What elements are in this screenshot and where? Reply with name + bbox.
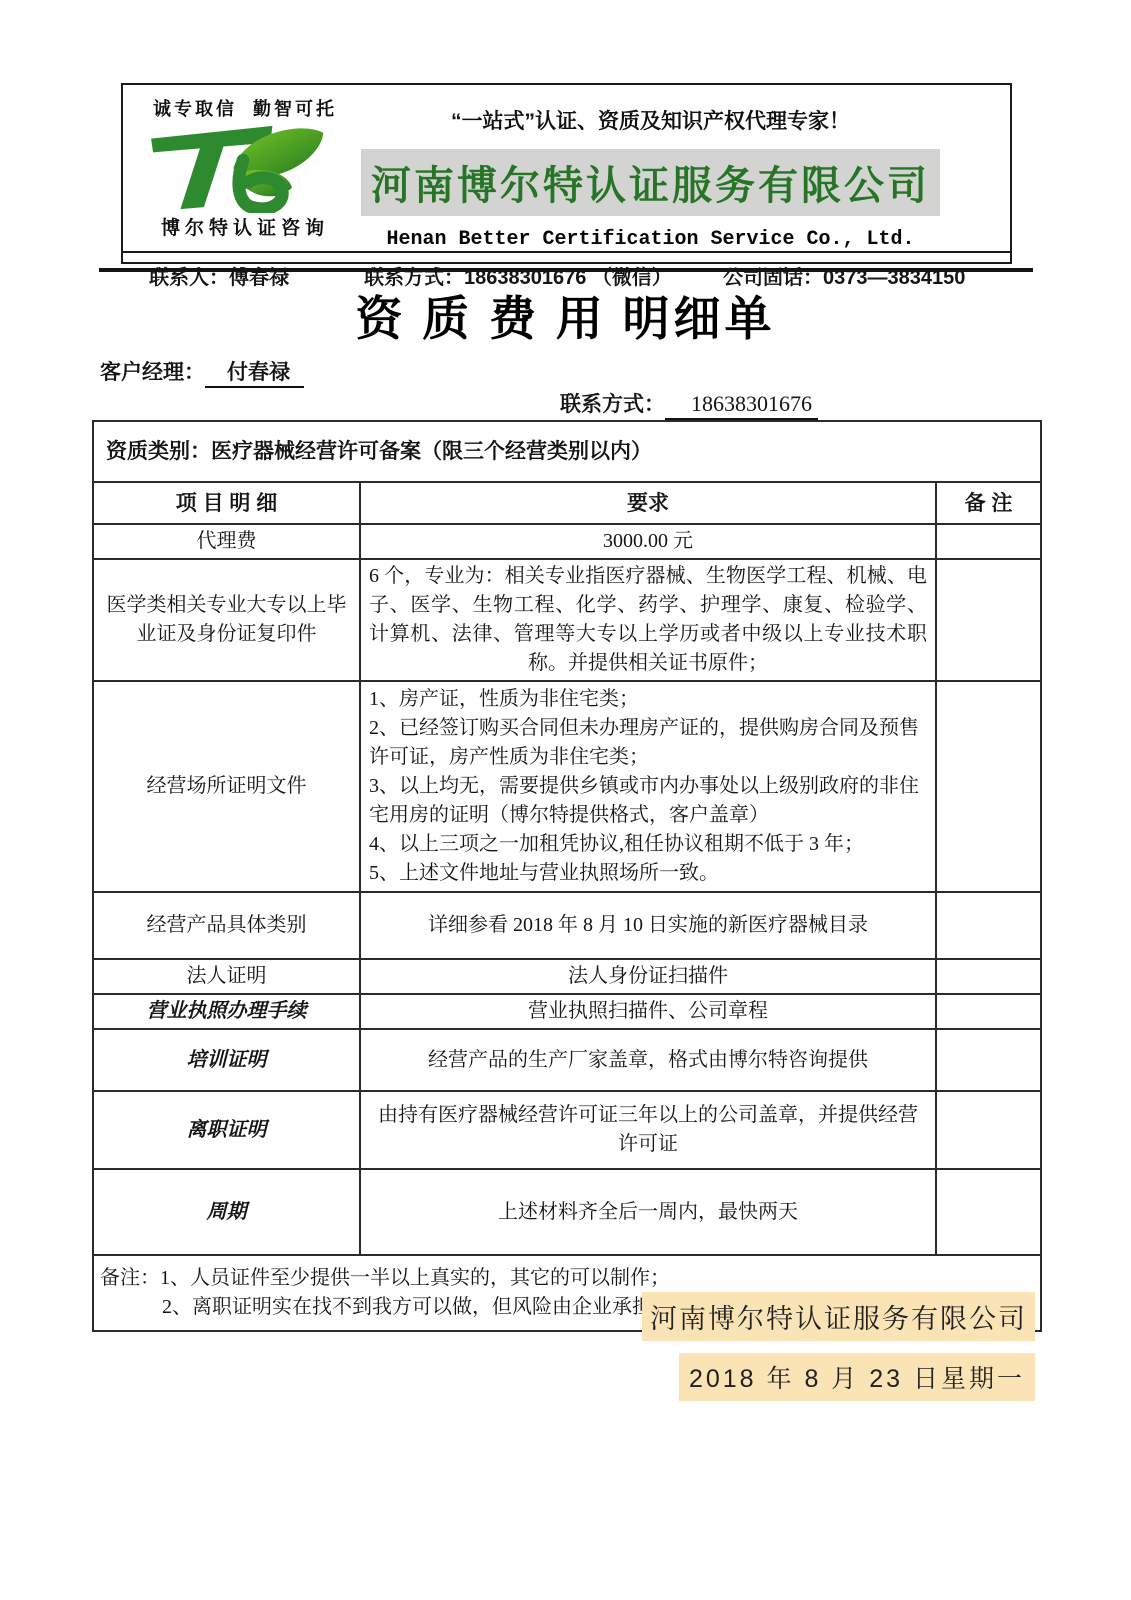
table-row-product-category: 经营产品具体类别 详细参看 2018 年 8 月 10 日实施的新医疗器械目录 [93, 892, 1041, 959]
note-cell [936, 559, 1041, 681]
manager-label: 客户经理： [100, 361, 205, 384]
item-cell: 离职证明 [93, 1091, 360, 1169]
letterhead: 诚专取信 勤智可托 博尔特认证咨询 “一站式”认证、资质及知识产权代理专家！ 河… [121, 83, 1012, 264]
column-header-note: 备 注 [936, 482, 1041, 524]
company-name-cn: 河南博尔特认证服务有限公司 [361, 149, 940, 216]
letterhead-right: “一站式”认证、资质及知识产权代理专家！ 河南博尔特认证服务有限公司 Henan… [351, 85, 1010, 251]
item-cell: 培训证明 [93, 1029, 360, 1091]
note-cell [936, 1169, 1041, 1255]
item-cell: 代理费 [93, 524, 360, 559]
item-cell: 经营场所证明文件 [93, 681, 360, 892]
item-cell: 周期 [93, 1169, 360, 1255]
category-header-row: 资质类别：医疗器械经营许可备案（限三个经营类别以内） [93, 421, 1041, 482]
table-row-agency-fee: 代理费 3000.00 元 [93, 524, 1041, 559]
requirement-cell: 3000.00 元 [360, 524, 936, 559]
item-cell: 医学类相关专业大专以上毕业证及身份证复印件 [93, 559, 360, 681]
table-row-resignation-proof: 离职证明 由持有医疗器械经营许可证三年以上的公司盖章，并提供经营许可证 [93, 1091, 1041, 1169]
item-cell: 经营产品具体类别 [93, 892, 360, 959]
contact-value: 18638301676 [665, 391, 818, 420]
requirement-cell: 1、房产证，性质为非住宅类； 2、已经签订购买合同但未办理房产证的，提供购房合同… [360, 681, 936, 892]
fee-table: 资质类别：医疗器械经营许可备案（限三个经营类别以内） 项 目 明 细 要求 备 … [92, 420, 1042, 1332]
table-row-diplomas: 医学类相关专业大专以上毕业证及身份证复印件 6 个，专业为：相关专业指医疗器械、… [93, 559, 1041, 681]
requirement-cell: 详细参看 2018 年 8 月 10 日实施的新医疗器械目录 [360, 892, 936, 959]
table-row-premises-proof: 经营场所证明文件 1、房产证，性质为非住宅类； 2、已经签订购买合同但未办理房产… [93, 681, 1041, 892]
manager-name: 付春禄 [205, 361, 304, 388]
table-row-business-license: 营业执照办理手续 营业执照扫描件、公司章程 [93, 994, 1041, 1029]
tagline: “一站式”认证、资质及知识产权代理专家！ [451, 105, 850, 135]
table-row-legal-person: 法人证明 法人身份证扫描件 [93, 959, 1041, 994]
note-cell [936, 681, 1041, 892]
contact-bar: 联系人：傅春禄 联系方式：18638301676 （微信） 公司固话：0373—… [123, 251, 1010, 262]
requirement-cell: 上述材料齐全后一周内，最快两天 [360, 1169, 936, 1255]
table-row-cycle: 周期 上述材料齐全后一周内，最快两天 [93, 1169, 1041, 1255]
logo-caption: 博尔特认证咨询 [161, 213, 329, 240]
note-cell [936, 524, 1041, 559]
column-header-row: 项 目 明 细 要求 备 注 [93, 482, 1041, 524]
slogan: 诚专取信 勤智可托 [153, 95, 337, 121]
column-header-requirement: 要求 [360, 482, 936, 524]
note-cell [936, 959, 1041, 994]
manager-line: 客户经理：付春禄 [100, 356, 304, 386]
requirement-cell: 6 个，专业为：相关专业指医疗器械、生物医学工程、机械、电子、医学、生物工程、化… [360, 559, 936, 681]
divider-rule [99, 268, 1033, 272]
page-title: 资 质 费 用 明细单 [0, 282, 1131, 349]
footer-note-line-1: 备注：1、人员证件至少提供一半以上真实的，其它的可以制作； [100, 1264, 1034, 1293]
tb-leaf-logo-icon [146, 123, 344, 213]
company-name-en: Henan Better Certification Service Co., … [386, 228, 914, 251]
requirement-cell: 经营产品的生产厂家盖章，格式由博尔特咨询提供 [360, 1029, 936, 1091]
note-cell [936, 994, 1041, 1029]
signature-date: 2018 年 8 月 23 日星期一 [679, 1353, 1035, 1401]
logo-area: 诚专取信 勤智可托 博尔特认证咨询 [123, 85, 351, 251]
item-cell: 营业执照办理手续 [93, 994, 360, 1029]
contact-line: 联系方式：18638301676 [560, 388, 818, 418]
category-header: 资质类别：医疗器械经营许可备案（限三个经营类别以内） [93, 421, 1041, 482]
column-header-item: 项 目 明 细 [93, 482, 360, 524]
note-cell [936, 1029, 1041, 1091]
note-cell [936, 1091, 1041, 1169]
page: { "colors":{"brand_green":"#267426","nam… [0, 0, 1131, 1600]
signature-company: 河南博尔特认证服务有限公司 [642, 1292, 1035, 1341]
requirement-cell: 营业执照扫描件、公司章程 [360, 994, 936, 1029]
item-cell: 法人证明 [93, 959, 360, 994]
requirement-cell: 法人身份证扫描件 [360, 959, 936, 994]
letterhead-top: 诚专取信 勤智可托 博尔特认证咨询 “一站式”认证、资质及知识产权代理专家！ 河… [123, 85, 1010, 251]
requirement-cell: 由持有医疗器械经营许可证三年以上的公司盖章，并提供经营许可证 [360, 1091, 936, 1169]
note-cell [936, 892, 1041, 959]
contact-label: 联系方式： [560, 393, 665, 416]
table-row-training-proof: 培训证明 经营产品的生产厂家盖章，格式由博尔特咨询提供 [93, 1029, 1041, 1091]
